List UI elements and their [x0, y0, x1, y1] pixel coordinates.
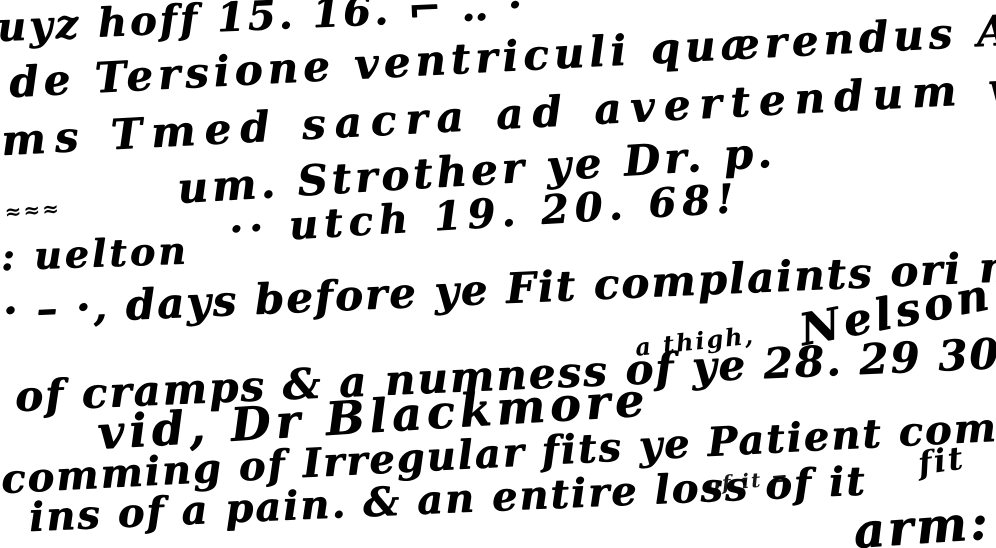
- ink-scribble: ≈≈≈: [4, 198, 62, 222]
- fragment-arm: arm:: [852, 498, 992, 548]
- margin-note-uelton: : uelton: [0, 231, 189, 276]
- manuscript-page: uyz hoff 15. 16. ⌐ ‥ · de Tersione ventr…: [0, 0, 996, 548]
- fragment-fit: fit: [916, 442, 967, 480]
